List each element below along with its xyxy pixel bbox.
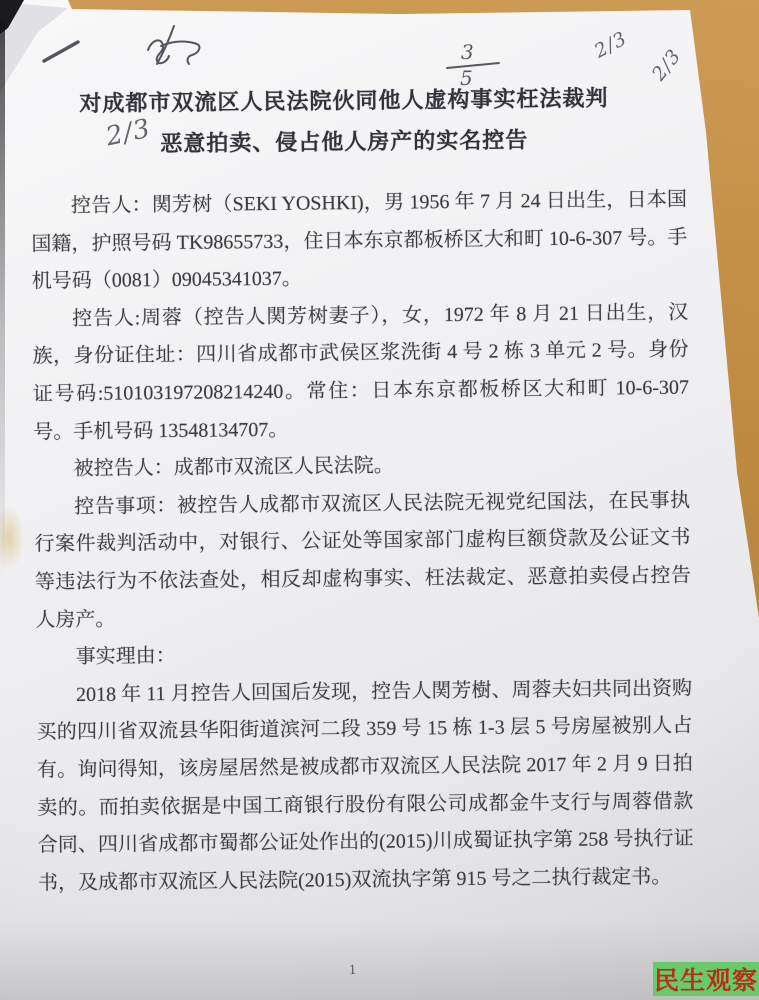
pen-slash-mark <box>44 42 78 61</box>
paragraph-accuser-seki: 控告人：関芳树（SEKI YOSHKI)，男 1956 年 7 月 24 日出生… <box>31 182 688 302</box>
handwritten-fraction-corner: 2/3 <box>648 45 686 85</box>
title-line-1: 对成都市双流区人民法院伙同他人虚构事实枉法裁判 <box>30 81 658 122</box>
paragraph-accusation-items: 控告事项：被控告人成都市双流区人民法院无视党纪国法，在民事执行案件裁判活动中，对… <box>34 482 692 639</box>
fraction-bar <box>447 63 499 68</box>
paper-sheet: 对成都市双流区人民法院伙同他人虚构事实枉法裁判 恶意拍卖、侵占他人房产的实名控告… <box>30 81 695 903</box>
handwritten-fraction-top-right: 2/3 <box>591 27 631 62</box>
paragraph-accuser-zhourong: 控告人:周蓉（控告人関芳树妻子），女，1972 年 8 月 21 日出生，汉族，… <box>32 294 690 451</box>
document-body: 控告人：関芳树（SEKI YOSHKI)，男 1956 年 7 月 24 日出生… <box>31 182 694 903</box>
paragraph-facts-detail: 2018 年 11 月控告人回国后发现，控告人関芳樹、周蓉夫妇共同出资购买的四川… <box>36 670 694 902</box>
document-photo: 对成都市双流区人民法院伙同他人虚构事实枉法裁判 恶意拍卖、侵占他人房产的实名控告… <box>0 0 759 1000</box>
fraction-numerator: 3 <box>461 40 474 64</box>
pen-scribble-mark <box>148 26 199 64</box>
page-number: 1 <box>349 963 357 979</box>
photo-left-edge-shadow <box>0 20 5 580</box>
watermark-badge: 民生观察 <box>653 962 759 996</box>
